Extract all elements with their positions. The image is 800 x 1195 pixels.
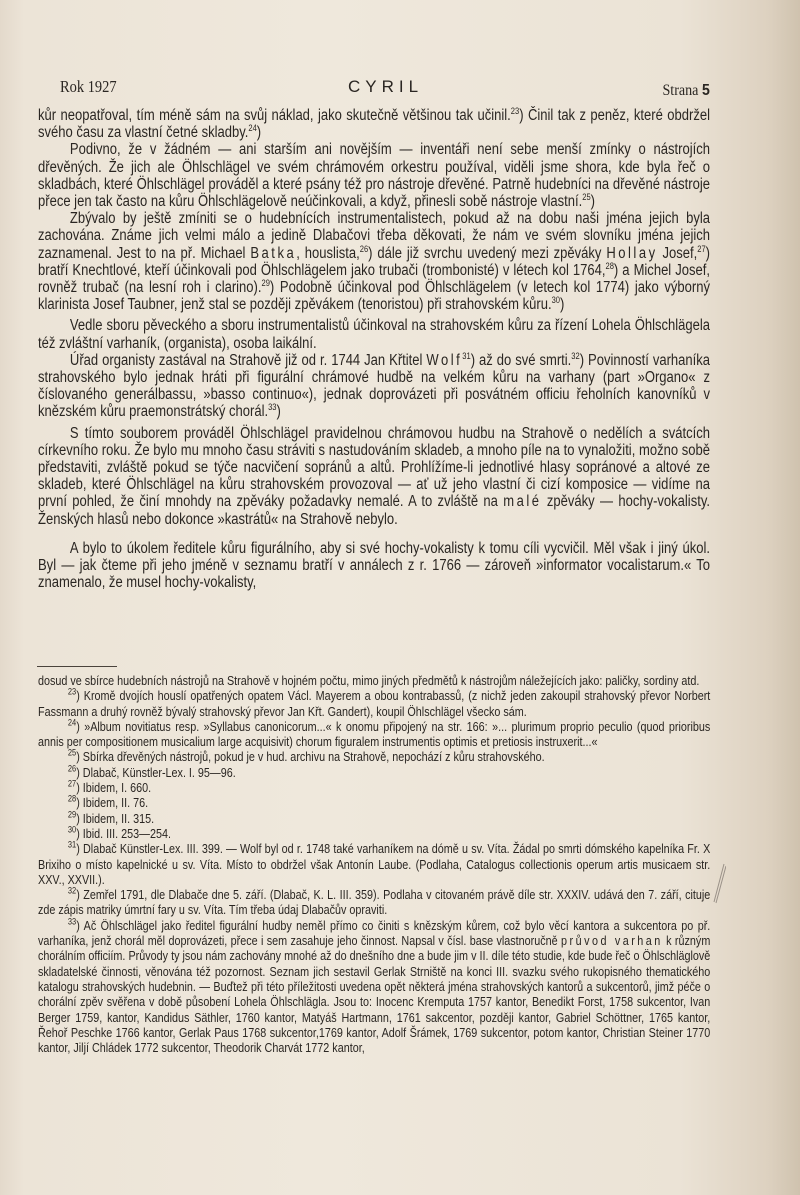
- paragraph-7: A bylo to úkolem ředitele kůru figurální…: [38, 540, 710, 592]
- footnotes: dosud ve sbírce hudebních nástrojů na St…: [38, 673, 710, 1055]
- footnote-31: 31) Dlabač Künstler-Lex. III. 399. — Wol…: [38, 841, 710, 887]
- page-label: Strana: [663, 82, 699, 99]
- paragraph-3: Zbývalo by ještě zmíniti se o hudebnícíc…: [38, 210, 710, 313]
- paragraph-4: Vedle sboru pěveckého a sboru instrument…: [38, 317, 710, 351]
- page-number: 5: [702, 82, 710, 99]
- footnote-ref: 32: [571, 351, 579, 361]
- footnote-29: 29) Ibidem, II. 315.: [38, 811, 710, 826]
- footnote-23: 23) Kromě dvojích houslí opatřených opat…: [38, 688, 710, 719]
- header-journal-title: CYRIL: [348, 77, 423, 97]
- main-text: kůr neopatřoval, tím méně sám na svůj ná…: [38, 107, 710, 591]
- footnote-ref: 27: [697, 243, 705, 253]
- paragraph-6: S tímto souborem prováděl Öhlschlägel pr…: [38, 425, 710, 528]
- footnote-27: 27) Ibidem, I. 660.: [38, 780, 710, 795]
- footnote-32: 32) Zemřel 1791, dle Dlabače dne 5. září…: [38, 887, 710, 918]
- page-header: Rok 1927 CYRIL Strana 5: [60, 77, 710, 101]
- paragraph-1: kůr neopatřoval, tím méně sám na svůj ná…: [38, 107, 710, 141]
- footnote-ref: 29: [262, 278, 270, 288]
- footnote-ref: 31: [462, 351, 470, 361]
- header-year: Rok 1927: [60, 77, 117, 97]
- header-page-number: Strana 5: [663, 82, 710, 100]
- margin-pencil-mark-icon: [712, 862, 726, 904]
- footnote-28: 28) Ibidem, II. 76.: [38, 795, 710, 810]
- paragraph-2: Podivno, že v žádném — ani starším ani n…: [38, 141, 710, 210]
- footnote-25: 25) Sbírka dřevěných nástrojů, pokud je …: [38, 749, 710, 764]
- footnote-continuation: dosud ve sbírce hudebních nástrojů na St…: [38, 673, 710, 688]
- footnote-33: 33) Ač Öhlschlägel jako ředitel figuráln…: [38, 918, 710, 1056]
- document-page: Rok 1927 CYRIL Strana 5 kůr neopatřoval,…: [0, 0, 800, 1195]
- footnote-24: 24) »Album novitiatus resp. »Syllabus ca…: [38, 719, 710, 750]
- footnote-ref: 26: [360, 243, 368, 253]
- paragraph-5: Úřad organisty zastával na Strahově již …: [38, 352, 710, 421]
- footnote-ref: 25: [582, 192, 590, 202]
- footnote-ref: 23: [511, 106, 519, 116]
- footnote-divider: [37, 666, 117, 667]
- footnote-ref: 28: [605, 261, 613, 271]
- footnote-ref: 33: [268, 402, 276, 412]
- footnote-30: 30) Ibid. III. 253—254.: [38, 826, 710, 841]
- footnote-26: 26) Dlabač, Künstler-Lex. I. 95—96.: [38, 765, 710, 780]
